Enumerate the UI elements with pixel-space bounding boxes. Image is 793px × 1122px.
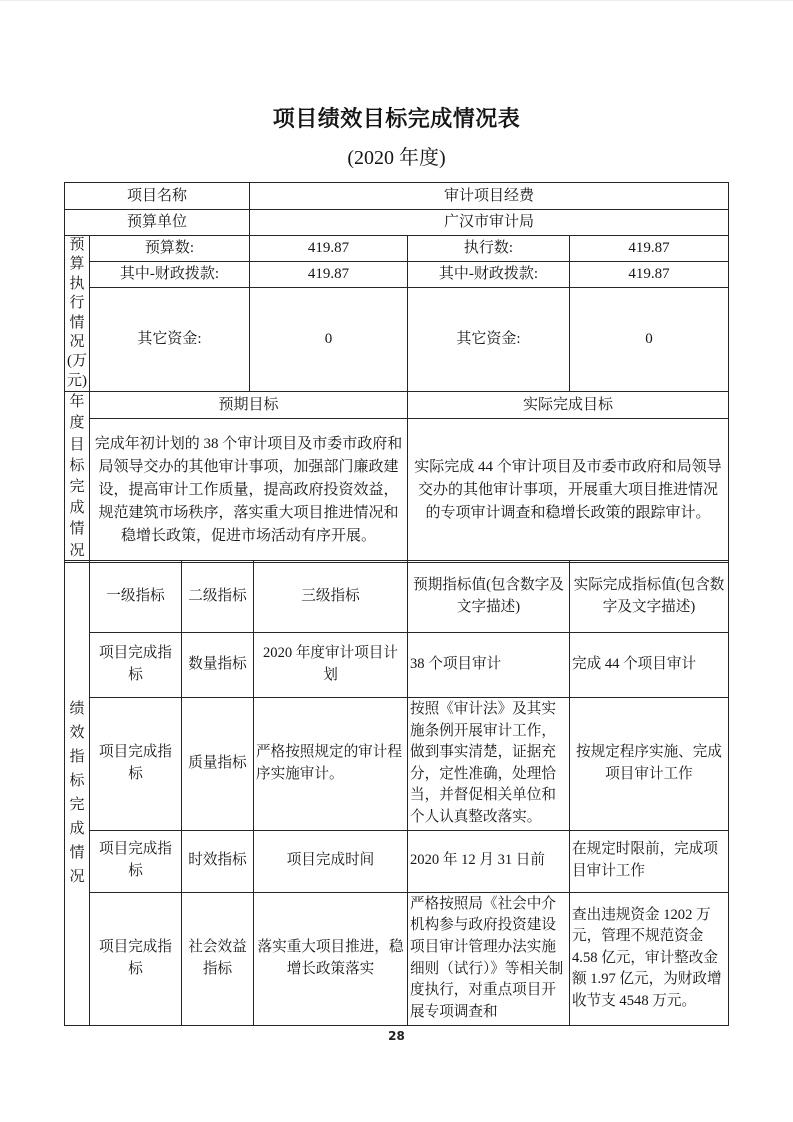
indicator-level2: 数量指标 bbox=[182, 633, 254, 698]
indicator-actual: 按规定程序实施、完成项目审计工作 bbox=[570, 698, 729, 831]
budget-amount-label: 预算数: bbox=[90, 236, 250, 262]
page-number: 28 bbox=[0, 1029, 793, 1043]
vertical-label-char: 目 bbox=[65, 435, 89, 456]
indicator-actual: 查出违规资金 1202 万元，管理不规范资金 4.58 亿元，审计整改金额 1.… bbox=[570, 892, 729, 1025]
fiscal-grant-label-2: 其中-财政拨款: bbox=[408, 262, 570, 288]
indicator-level3: 落实重大项目推进，稳增长政策落实 bbox=[254, 892, 408, 1025]
table-row: 项目名称 审计项目经费 bbox=[65, 183, 729, 210]
vertical-label-char: 况 bbox=[65, 865, 89, 889]
other-funds-value: 0 bbox=[250, 288, 408, 392]
indicator-actual: 完成 44 个项目审计 bbox=[570, 633, 729, 698]
table-row: 其它资金: 0 其它资金: 0 bbox=[65, 288, 729, 392]
vertical-label-char: 情 bbox=[65, 841, 89, 865]
execution-amount-label: 执行数: bbox=[408, 236, 570, 262]
other-funds-label-2: 其它资金: bbox=[408, 288, 570, 392]
budget-unit-label: 预算单位 bbox=[65, 210, 250, 236]
indicator-actual: 在规定时限前，完成项目审计工作 bbox=[570, 830, 729, 892]
header-expected-value: 预期指标值(包含数字及文字描述) bbox=[408, 561, 570, 633]
other-funds-label: 其它资金: bbox=[90, 288, 250, 392]
table-row: 年 度 目 标 完 成 情 况 预期目标 实际完成目标 bbox=[65, 392, 729, 419]
table-row: 预 算 执 行 情 况 (万 元) 预算数: 419.87 执行数: 419.8… bbox=[65, 236, 729, 262]
fiscal-grant-label: 其中-财政拨款: bbox=[90, 262, 250, 288]
vertical-label-char: 绩 bbox=[65, 697, 89, 721]
indicator-expected: 严格按照局《社会中介机构参与政府投资建设项目审计管理办法实施细则（试行）》等相关… bbox=[408, 892, 570, 1025]
table-row: 项目完成指标 数量指标 2020 年度审计项目计划 38 个项目审计 完成 44… bbox=[65, 633, 729, 698]
annual-goal-section-label: 年 度 目 标 完 成 情 况 bbox=[65, 392, 90, 563]
header-level3: 三级指标 bbox=[254, 561, 408, 633]
vertical-label-char: 情 bbox=[65, 314, 89, 333]
page-subtitle: (2020 年度) bbox=[0, 141, 793, 170]
vertical-label-char: 况 bbox=[65, 541, 89, 562]
indicator-level3: 项目完成时间 bbox=[254, 830, 408, 892]
document-page: 项目绩效目标完成情况表 (2020 年度) 项目名称 审计项目经费 预算单位 广… bbox=[0, 0, 793, 1122]
indicator-level3: 严格按照规定的审计程序实施审计。 bbox=[254, 698, 408, 831]
table-row: 预算单位 广汉市审计局 bbox=[65, 210, 729, 236]
budget-unit-value: 广汉市审计局 bbox=[250, 210, 729, 236]
page-title: 项目绩效目标完成情况表 bbox=[0, 102, 793, 133]
vertical-label-char: 标 bbox=[65, 456, 89, 477]
vertical-label-char: 效 bbox=[65, 721, 89, 745]
indicator-table: 绩 效 指 标 完 成 情 况 一级指标 二级指标 三级指标 预期指标值(包含数… bbox=[64, 560, 729, 1026]
vertical-label-char: 情 bbox=[65, 519, 89, 540]
expected-goal-text: 完成年初计划的 38 个审计项目及市委市政府和局领导交办的其他审计事项，加强部门… bbox=[90, 419, 408, 563]
indicator-level3: 2020 年度审计项目计划 bbox=[254, 633, 408, 698]
table-row: 其中-财政拨款: 419.87 其中-财政拨款: 419.87 bbox=[65, 262, 729, 288]
vertical-label-char: 完 bbox=[65, 477, 89, 498]
project-name-value: 审计项目经费 bbox=[250, 183, 729, 210]
header-level2: 二级指标 bbox=[182, 561, 254, 633]
performance-section-label: 绩 效 指 标 完 成 情 况 bbox=[65, 561, 90, 1026]
vertical-label-char: 算 bbox=[65, 255, 89, 274]
vertical-label-char: 年 bbox=[65, 392, 89, 413]
indicator-level2: 时效指标 bbox=[182, 830, 254, 892]
vertical-label-char: 元) bbox=[65, 372, 89, 391]
project-name-label: 项目名称 bbox=[65, 183, 250, 210]
fiscal-grant-value-2: 419.87 bbox=[570, 262, 729, 288]
vertical-label-char: 执 bbox=[65, 275, 89, 294]
indicator-level1: 项目完成指标 bbox=[90, 633, 182, 698]
vertical-label-char: 成 bbox=[65, 817, 89, 841]
indicator-level2: 质量指标 bbox=[182, 698, 254, 831]
vertical-label-char: 行 bbox=[65, 294, 89, 313]
other-funds-value-2: 0 bbox=[570, 288, 729, 392]
indicator-level1: 项目完成指标 bbox=[90, 698, 182, 831]
indicator-level1: 项目完成指标 bbox=[90, 830, 182, 892]
vertical-label-char: 完 bbox=[65, 793, 89, 817]
vertical-label-char: (万 bbox=[65, 352, 89, 371]
table-row: 完成年初计划的 38 个审计项目及市委市政府和局领导交办的其他审计事项，加强部门… bbox=[65, 419, 729, 563]
indicator-level1: 项目完成指标 bbox=[90, 892, 182, 1025]
indicator-level2: 社会效益指标 bbox=[182, 892, 254, 1025]
vertical-label-char: 况 bbox=[65, 333, 89, 352]
header-level1: 一级指标 bbox=[90, 561, 182, 633]
indicator-expected: 38 个项目审计 bbox=[408, 633, 570, 698]
table-row: 项目完成指标 社会效益指标 落实重大项目推进，稳增长政策落实 严格按照局《社会中… bbox=[65, 892, 729, 1025]
fiscal-grant-value: 419.87 bbox=[250, 262, 408, 288]
budget-execution-section-label: 预 算 执 行 情 况 (万 元) bbox=[65, 236, 90, 392]
table-row: 项目完成指标 质量指标 严格按照规定的审计程序实施审计。 按照《审计法》及其实施… bbox=[65, 698, 729, 831]
actual-goal-text: 实际完成 44 个审计项目及市委市政府和局领导交办的其他审计事项，开展重大项目推… bbox=[408, 419, 729, 563]
vertical-label-char: 标 bbox=[65, 769, 89, 793]
expected-goal-header: 预期目标 bbox=[90, 392, 408, 419]
vertical-label-char: 度 bbox=[65, 413, 89, 434]
table-row: 绩 效 指 标 完 成 情 况 一级指标 二级指标 三级指标 预期指标值(包含数… bbox=[65, 561, 729, 633]
execution-amount-value: 419.87 bbox=[570, 236, 729, 262]
indicator-expected: 2020 年 12 月 31 日前 bbox=[408, 830, 570, 892]
actual-goal-header: 实际完成目标 bbox=[408, 392, 729, 419]
vertical-label-char: 指 bbox=[65, 745, 89, 769]
vertical-label-char: 预 bbox=[65, 236, 89, 255]
indicator-expected: 按照《审计法》及其实施条例开展审计工作，做到事实清楚，证据充分，定性准确，处理恰… bbox=[408, 698, 570, 831]
budget-summary-table: 项目名称 审计项目经费 预算单位 广汉市审计局 预 算 执 行 情 况 (万 元… bbox=[64, 182, 729, 563]
table-row: 项目完成指标 时效指标 项目完成时间 2020 年 12 月 31 日前 在规定… bbox=[65, 830, 729, 892]
budget-amount-value: 419.87 bbox=[250, 236, 408, 262]
vertical-label-char: 成 bbox=[65, 498, 89, 519]
header-actual-value: 实际完成指标值(包含数字及文字描述) bbox=[570, 561, 729, 633]
